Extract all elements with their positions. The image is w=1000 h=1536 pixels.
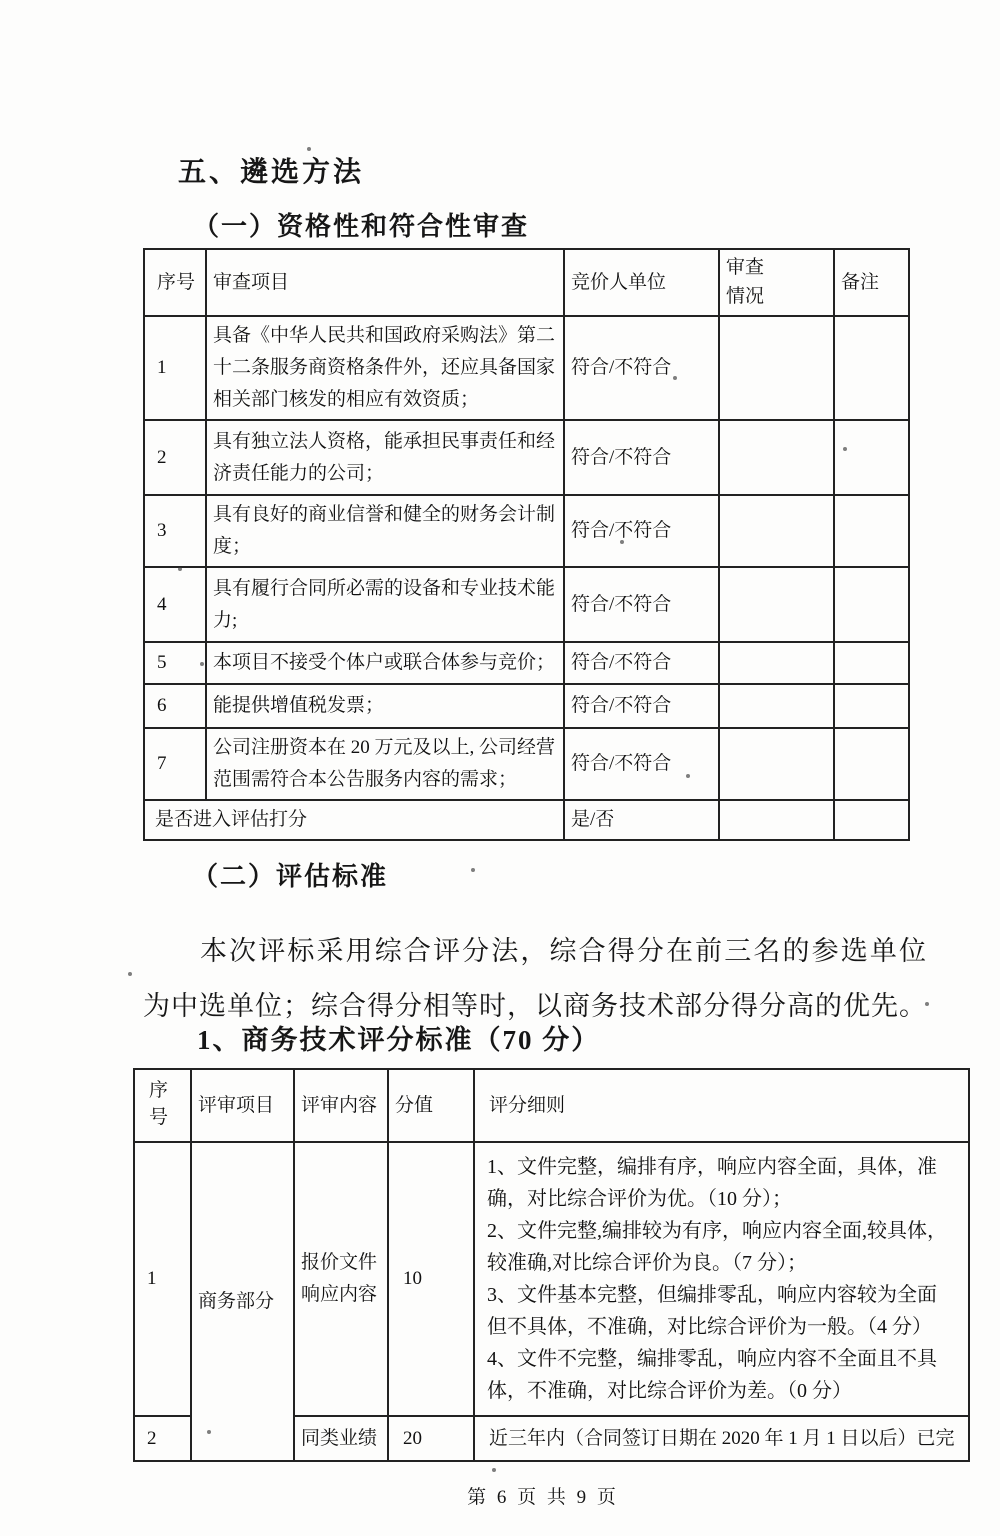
remark-cell	[834, 642, 909, 684]
row-no: 2	[144, 420, 206, 495]
review-status-cell	[719, 728, 834, 800]
review-status-cell	[719, 316, 834, 420]
bidder-result: 符合/不符合	[564, 642, 719, 684]
col-header-no: 序号	[144, 249, 206, 316]
row-no: 2	[134, 1416, 191, 1461]
table-row: 5 本项目不接受个体户或联合体参与竞价； 符合/不符合	[144, 642, 909, 684]
scoring-rule: 4、文件不完整，编排零乱，响应内容不全面且不具体，不准确，对比综合评价为差。（0…	[487, 1343, 956, 1407]
page-number: 第 6 页 共 9 页	[143, 1482, 943, 1509]
score-cell: 10	[388, 1142, 474, 1416]
bidder-result: 符合/不符合	[564, 567, 719, 642]
review-item: 具有良好的商业信誉和健全的财务会计制度；	[206, 495, 564, 567]
review-status-cell	[719, 684, 834, 728]
col-header-review: 审查情况	[719, 249, 834, 316]
scan-speck	[492, 1468, 496, 1472]
table-row: 3 具有良好的商业信誉和健全的财务会计制度； 符合/不符合	[144, 495, 909, 567]
table-header-row: 序号 审查项目 竞价人单位 审查情况 备注	[144, 249, 909, 316]
table-row: 4 具有履行合同所必需的设备和专业技术能力; 符合/不符合	[144, 567, 909, 642]
table-row: 1 商务部分 报价文件响应内容 10 1、文件完整，编排有序，响应内容全面，具体…	[134, 1142, 969, 1416]
table-row: 1 具备《中华人民共和国政府采购法》第二十二条服务商资格条件外，还应具备国家相关…	[144, 316, 909, 420]
remark-cell	[834, 420, 909, 495]
review-status-cell	[719, 567, 834, 642]
col-header-item: 审查项目	[206, 249, 564, 316]
row-no: 3	[144, 495, 206, 567]
scan-speck	[686, 774, 690, 778]
review-status-cell	[719, 420, 834, 495]
subsection-2-title: （二）评估标准	[192, 856, 388, 893]
qualification-review-table: 序号 审查项目 竞价人单位 审查情况 备注 1 具备《中华人民共和国政府采购法》…	[143, 248, 910, 841]
table-header-row: 序号 评审项目 评审内容 分值 评分细则	[134, 1069, 969, 1142]
remark-cell	[834, 684, 909, 728]
review-status-cell	[719, 642, 834, 684]
row-no: 5	[144, 642, 206, 684]
row-no: 1	[144, 316, 206, 420]
remark-cell	[834, 567, 909, 642]
scan-speck	[673, 376, 677, 380]
review-status-cell	[719, 495, 834, 567]
row-no: 7	[144, 728, 206, 800]
scan-speck	[620, 540, 624, 544]
scoring-rule: 2、文件完整,编排较为有序，响应内容全面,较具体，较准确,对比综合评价为良。（7…	[487, 1215, 956, 1279]
col-header-bidder: 竞价人单位	[564, 249, 719, 316]
bidder-result: 符合/不符合	[564, 728, 719, 800]
scan-speck	[207, 1430, 211, 1434]
enter-evaluation-label: 是否进入评估打分	[144, 800, 564, 840]
score-cell: 20	[388, 1416, 474, 1461]
row-no: 6	[144, 684, 206, 728]
scoring-table: 序号 评审项目 评审内容 分值 评分细则 1 商务部分 报价文件响应内容 10 …	[133, 1068, 970, 1462]
review-item: 本项目不接受个体户或联合体参与竞价；	[206, 642, 564, 684]
bidder-result: 符合/不符合	[564, 495, 719, 567]
review-item: 具有履行合同所必需的设备和专业技术能力;	[206, 567, 564, 642]
col-header-remark: 备注	[834, 249, 909, 316]
scoring-rule: 3、文件基本完整，但编排零乱，响应内容较为全面但不具体，不准确，对比综合评价为一…	[487, 1279, 956, 1343]
bidder-result: 符合/不符合	[564, 684, 719, 728]
bidder-result: 符合/不符合	[564, 420, 719, 495]
col-header-no: 序号	[134, 1069, 191, 1142]
detail-cell: 1、文件完整，编排有序，响应内容全面，具体，准确，对比综合评价为优。（10 分）…	[474, 1142, 969, 1416]
review-status-cell	[719, 800, 834, 840]
remark-cell	[834, 728, 909, 800]
col-header-detail: 评分细则	[474, 1069, 969, 1142]
review-item: 具有独立法人资格，能承担民事责任和经济责任能力的公司；	[206, 420, 564, 495]
remark-cell	[834, 495, 909, 567]
scan-speck	[307, 147, 311, 151]
scan-speck	[200, 662, 204, 666]
enter-evaluation-value: 是/否	[564, 800, 719, 840]
table-row: 7 公司注册资本在 20 万元及以上, 公司经营范围需符合本公告服务内容的需求；…	[144, 728, 909, 800]
scoring-rule: 1、文件完整，编排有序，响应内容全面，具体，准确，对比综合评价为优。（10 分）…	[487, 1151, 956, 1215]
content-cell: 报价文件响应内容	[294, 1142, 388, 1416]
scan-speck	[128, 972, 132, 976]
remark-cell	[834, 800, 909, 840]
review-item: 具备《中华人民共和国政府采购法》第二十二条服务商资格条件外，还应具备国家相关部门…	[206, 316, 564, 420]
table-row: 2 具有独立法人资格，能承担民事责任和经济责任能力的公司； 符合/不符合	[144, 420, 909, 495]
bidder-result: 符合/不符合	[564, 316, 719, 420]
subsection-1-title: （一）资格性和符合性审查	[193, 206, 529, 243]
table-row: 6 能提供增值税发票； 符合/不符合	[144, 684, 909, 728]
scan-speck	[843, 447, 847, 451]
scanned-document-page: 五、遴选方法 （一）资格性和符合性审查 序号 审查项目 竞价人单位 审查情况 备…	[0, 0, 1000, 1536]
section-title: 五、遴选方法	[178, 150, 364, 190]
col-header-score: 分值	[388, 1069, 474, 1142]
scan-speck	[178, 567, 182, 571]
row-no: 1	[134, 1142, 191, 1416]
scan-speck	[471, 868, 475, 872]
review-item: 公司注册资本在 20 万元及以上, 公司经营范围需符合本公告服务内容的需求；	[206, 728, 564, 800]
remark-cell	[834, 316, 909, 420]
col-header-content: 评审内容	[294, 1069, 388, 1142]
row-no: 4	[144, 567, 206, 642]
detail-cell: 近三年内（合同签订日期在 2020 年 1 月 1 日以后）已完	[474, 1416, 969, 1461]
col-header-project: 评审项目	[191, 1069, 294, 1142]
scan-speck	[925, 1002, 929, 1006]
scoring-criteria-title: 1、商务技术评分标准（70 分）	[197, 1018, 600, 1057]
review-item: 能提供增值税发票；	[206, 684, 564, 728]
project-cell: 商务部分	[191, 1142, 294, 1461]
table-footer-row: 是否进入评估打分 是/否	[144, 800, 909, 840]
content-cell: 同类业绩	[294, 1416, 388, 1461]
